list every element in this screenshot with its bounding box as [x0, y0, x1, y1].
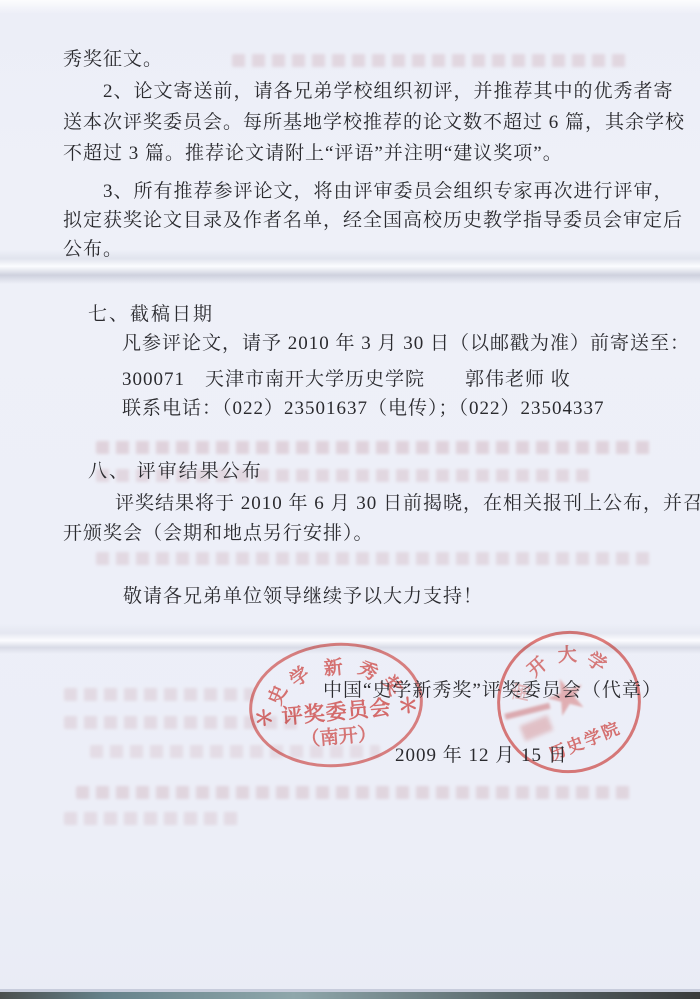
bleedthrough-streak — [64, 688, 254, 701]
bleedthrough-streak — [232, 54, 632, 67]
scan-edge — [0, 992, 700, 999]
doc-line-item2: 2、论文寄送前，请各兄弟学校组织初评，并推荐其中的优秀者寄 — [103, 76, 674, 103]
closing-line: 敬请各兄弟单位领导继续予以大力支持！ — [123, 581, 483, 608]
bleedthrough-streak — [96, 441, 652, 454]
phone-line: 联系电话：（022）23501637（电传）；（022）23504337 — [122, 393, 605, 420]
doc-line-item3: 3、所有推荐参评论文，将由评审委员会组织专家再次进行评审， — [103, 176, 674, 203]
section7-heading: 七、截稿日期 — [88, 299, 214, 326]
section8-heading: 八、 评审结果公布 — [88, 456, 263, 483]
bleedthrough-streak — [64, 812, 239, 825]
paper-sheen — [0, 0, 700, 14]
doc-line-item3-cont: 公布。 — [63, 234, 123, 261]
scanned-document-page: 史 学 新 秀 奖 ＊ 评奖委员会 ＊ （南开） 南 开 大 学 ★ 历史学院 … — [0, 0, 700, 999]
date-line: 2009 年 12 月 15 日 — [395, 740, 568, 767]
mailing-address-line: 300071 天津市南开大学历史学院 郭伟老师 收 — [122, 364, 571, 391]
stamp-arc-char: 学 — [283, 659, 314, 692]
results-line-cont: 开颁奖会（会期和地点另行安排）。 — [63, 518, 374, 545]
doc-line-continuation: 秀奖征文。 — [63, 44, 163, 71]
bleedthrough-streak — [96, 552, 656, 565]
results-line: 评奖结果将于 2010 年 6 月 30 日前揭晓，在相关报刊上公布，并召 — [115, 488, 700, 515]
doc-line-item2-cont: 送本次评奖委员会。每所基地学校推荐的论文数不超过 6 篇，其余学校 — [63, 107, 685, 134]
doc-line-item3-cont: 拟定获奖论文目录及作者名单，经全国高校历史教学指导委员会审定后 — [63, 205, 683, 232]
bleedthrough-streak — [76, 786, 636, 799]
doc-line-item2-cont: 不超过 3 篇。推荐论文请附上“评语”并注明“建议奖项”。 — [63, 138, 563, 165]
deadline-line: 凡参评论文，请予 2010 年 3 月 30 日（以邮戳为准）前寄送至： — [122, 328, 690, 355]
signature-line: 中国“史学新秀奖”评奖委员会（代章） — [323, 675, 662, 702]
